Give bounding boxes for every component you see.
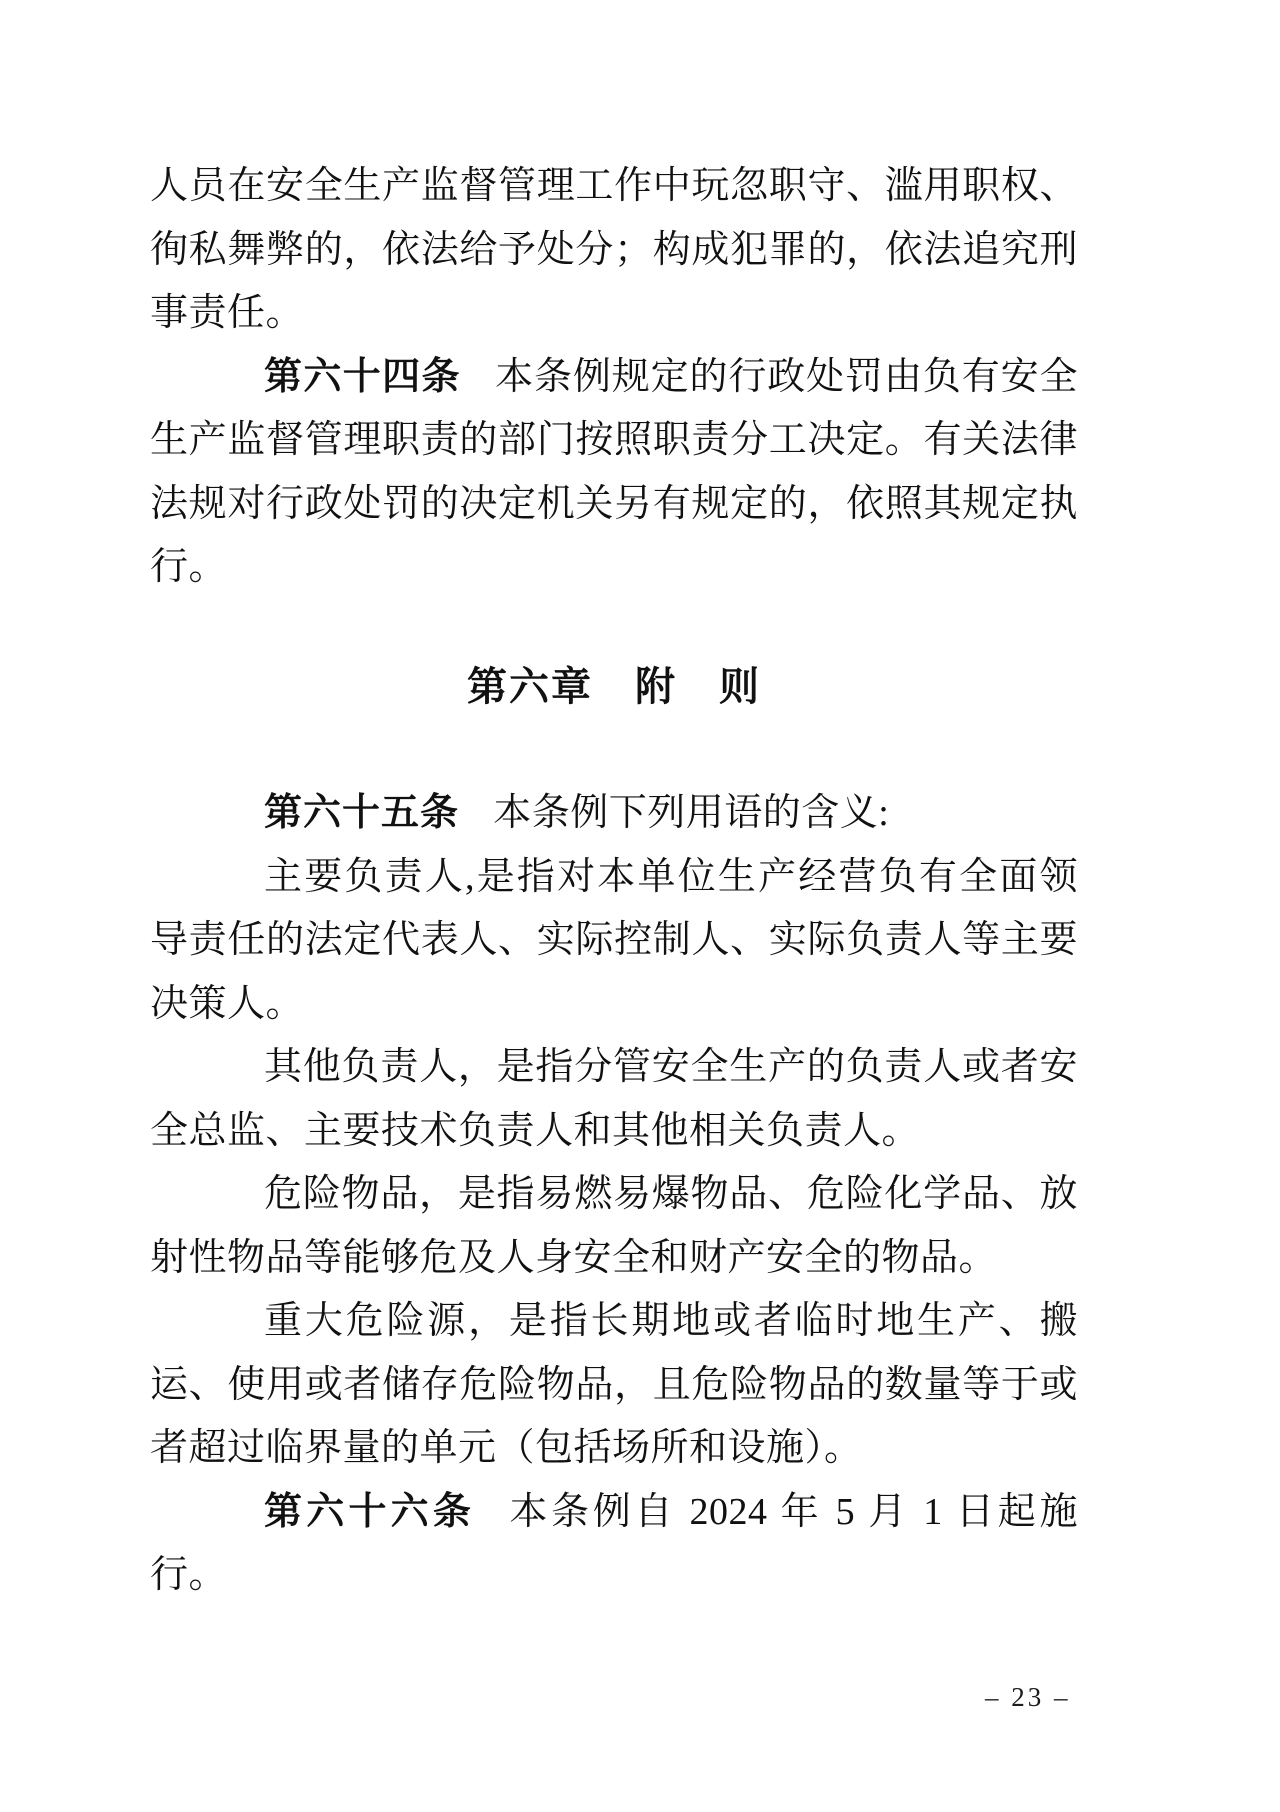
- article-64-label: 第六十四条: [264, 356, 461, 398]
- definition-main-responsible-person: 主要负责人,是指对本单位生产经营负有全面领导责任的法定代表人、实际控制人、实际负…: [150, 846, 1078, 1037]
- definition-other-responsible-person: 其他负责人，是指分管安全生产的负责人或者安全总监、主要技术负责人和其他相关负责人…: [150, 1036, 1078, 1163]
- document-page: 人员在安全生产监督管理工作中玩忽职守、滥用职权、徇私舞弊的，依法给予处分；构成犯…: [0, 0, 1280, 1812]
- definition-major-hazard-source: 重大危险源，是指长期地或者临时地生产、搬运、使用或者储存危险物品，且危险物品的数…: [150, 1290, 1078, 1481]
- article-65-text: 本条例下列用语的含义:: [493, 792, 889, 834]
- paragraph-article-64: 第六十四条本条例规定的行政处罚由负有安全生产监督管理职责的部门按照职责分工决定。…: [150, 346, 1078, 600]
- article-66-label: 第六十六条: [264, 1491, 475, 1533]
- chapter-6-heading: 第六章 附 则: [150, 656, 1078, 720]
- article-65-label: 第六十五条: [264, 792, 459, 834]
- body-text: 人员在安全生产监督管理工作中玩忽职守、滥用职权、徇私舞弊的，依法给予处分；构成犯…: [150, 155, 1078, 1608]
- paragraph-article-66: 第六十六条本条例自 2024 年 5 月 1 日起施行。: [150, 1481, 1078, 1608]
- definition-dangerous-goods: 危险物品，是指易燃易爆物品、危险化学品、放射性物品等能够危及人身安全和财产安全的…: [150, 1163, 1078, 1290]
- page-number: – 23 –: [985, 1682, 1071, 1713]
- paragraph-continuation: 人员在安全生产监督管理工作中玩忽职守、滥用职权、徇私舞弊的，依法给予处分；构成犯…: [150, 155, 1078, 346]
- paragraph-article-65: 第六十五条本条例下列用语的含义:: [150, 782, 1078, 846]
